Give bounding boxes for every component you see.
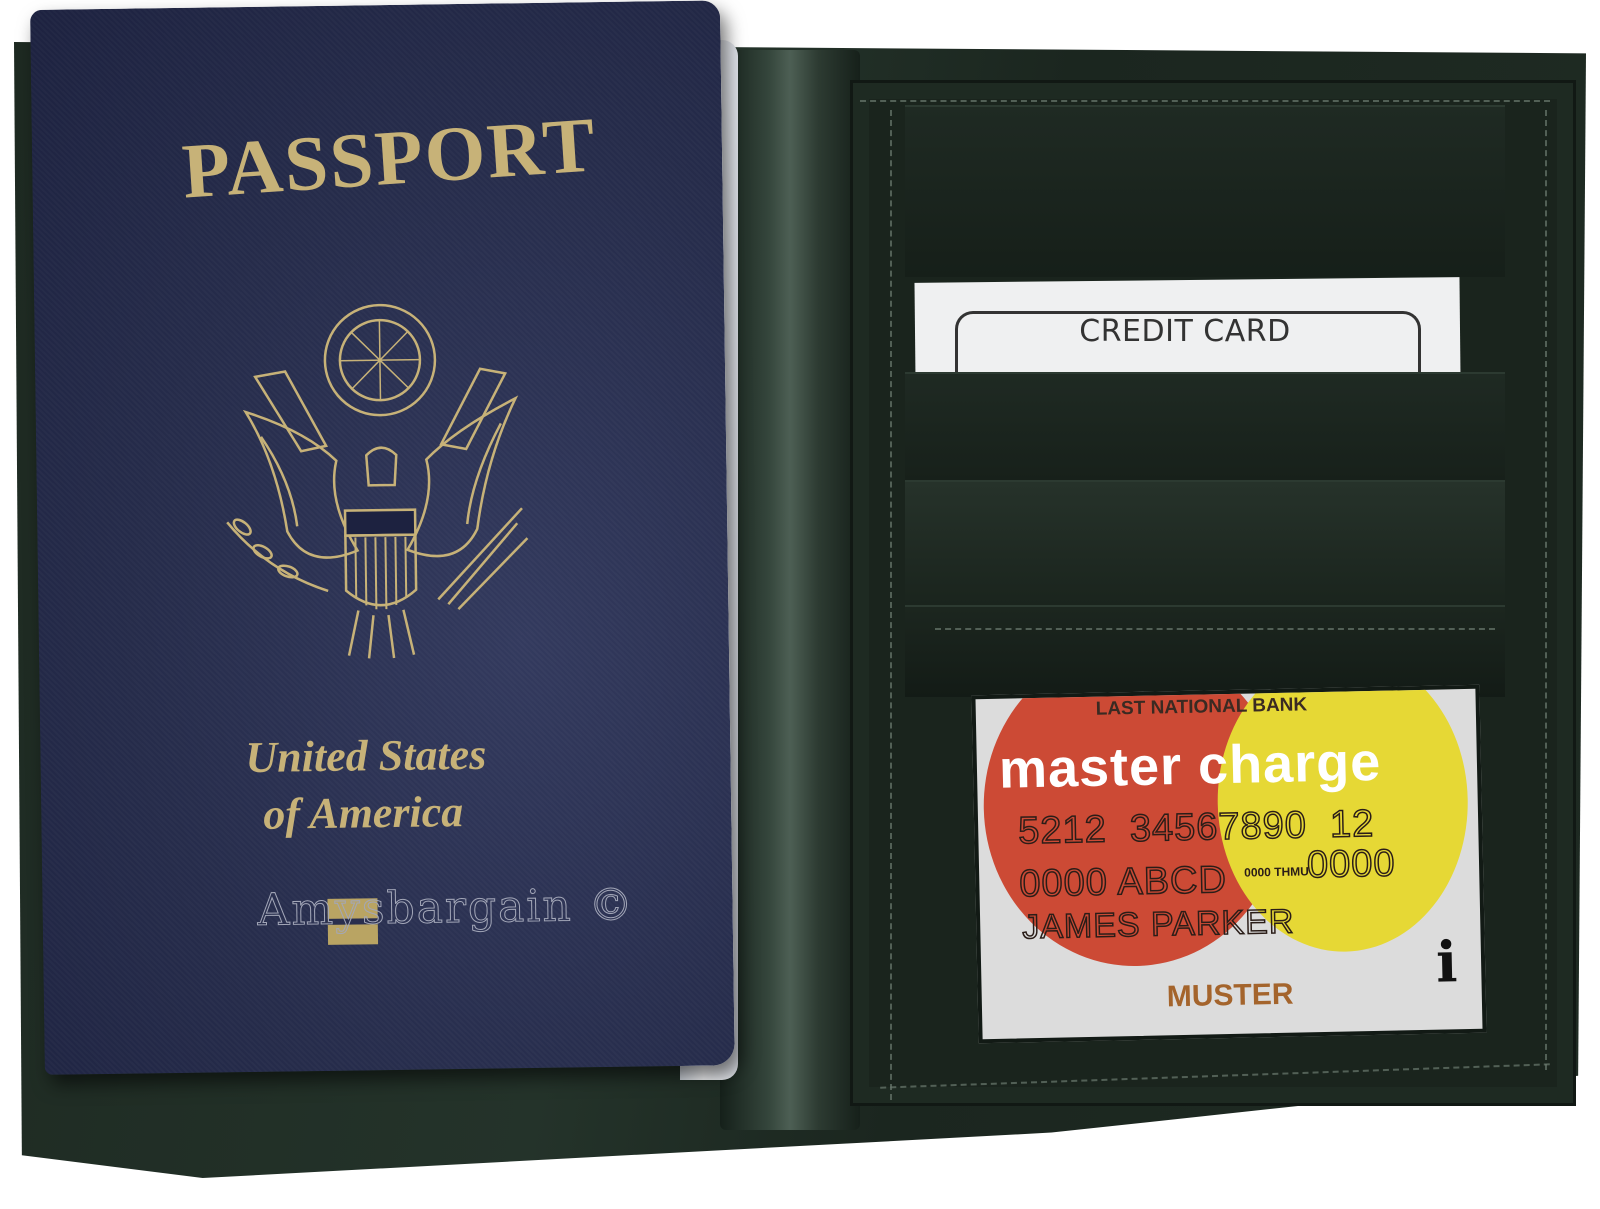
card-slot-top[interactable] — [905, 105, 1505, 277]
card-bank-name: LAST NATIONAL BANK — [1096, 694, 1308, 720]
card-holder-name: JAMES PARKER — [1022, 903, 1295, 948]
stitching — [1545, 110, 1547, 1070]
wallet-spine — [720, 50, 860, 1130]
card-slot-1[interactable] — [905, 372, 1505, 494]
info-icon: i — [1435, 929, 1458, 995]
card-line2-left: 0000 ABCD — [1019, 859, 1227, 906]
credit-card-label: CREDIT CARD — [955, 314, 1415, 349]
great-seal-eagle-icon — [214, 298, 539, 662]
country-name-line-1: United States — [245, 729, 486, 783]
id-window[interactable]: LAST NATIONAL BANK master charge 5212 34… — [971, 685, 1486, 1044]
passport[interactable]: PASSPORT — [30, 0, 735, 1075]
stitching — [935, 628, 1495, 630]
country-name-line-2: of America — [263, 786, 464, 840]
card-slot-3[interactable] — [905, 605, 1505, 697]
card-slot-2[interactable] — [905, 480, 1505, 607]
passport-title: PASSPORT — [180, 99, 600, 216]
card-footer: MUSTER — [1166, 978, 1293, 1015]
card-line2-right: 0000 — [1307, 843, 1396, 888]
stitching — [890, 110, 892, 1100]
card-small-text: 0000 THMU — [1244, 864, 1309, 879]
watermark: Amysbargain © — [257, 880, 635, 936]
stitching — [860, 100, 1550, 102]
card-brand: master charge — [998, 731, 1381, 801]
